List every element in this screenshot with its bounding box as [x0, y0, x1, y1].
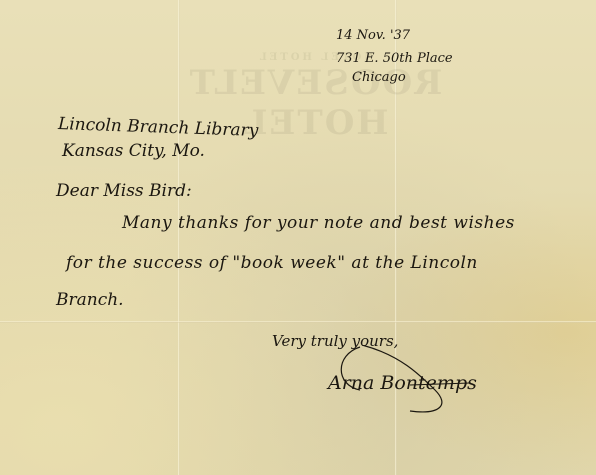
salutation: Dear Miss Bird: — [56, 181, 192, 201]
recipient-name: Lincoln Branch Library — [58, 114, 259, 141]
recipient-location: Kansas City, Mo. — [62, 141, 205, 161]
horizontal-fold-line — [0, 321, 596, 323]
sender-address: 731 E. 50th Place — [336, 51, 453, 66]
closing: Very truly yours, — [272, 332, 398, 350]
signature: Arna Bontemps — [328, 372, 477, 394]
letter-date: 14 Nov. '37 — [336, 28, 410, 43]
body-line-1: Many thanks for your note and best wishe… — [122, 213, 515, 233]
vertical-fold-line-left — [178, 0, 180, 475]
body-line-3: Branch. — [56, 290, 124, 310]
body-line-2: for the success of "book week" at the Li… — [66, 253, 478, 273]
sender-city: Chicago — [352, 70, 406, 85]
letter-paper: NOTEL HOTEL ROOSEVELT HOTEL 14 Nov. '37 … — [0, 0, 596, 475]
